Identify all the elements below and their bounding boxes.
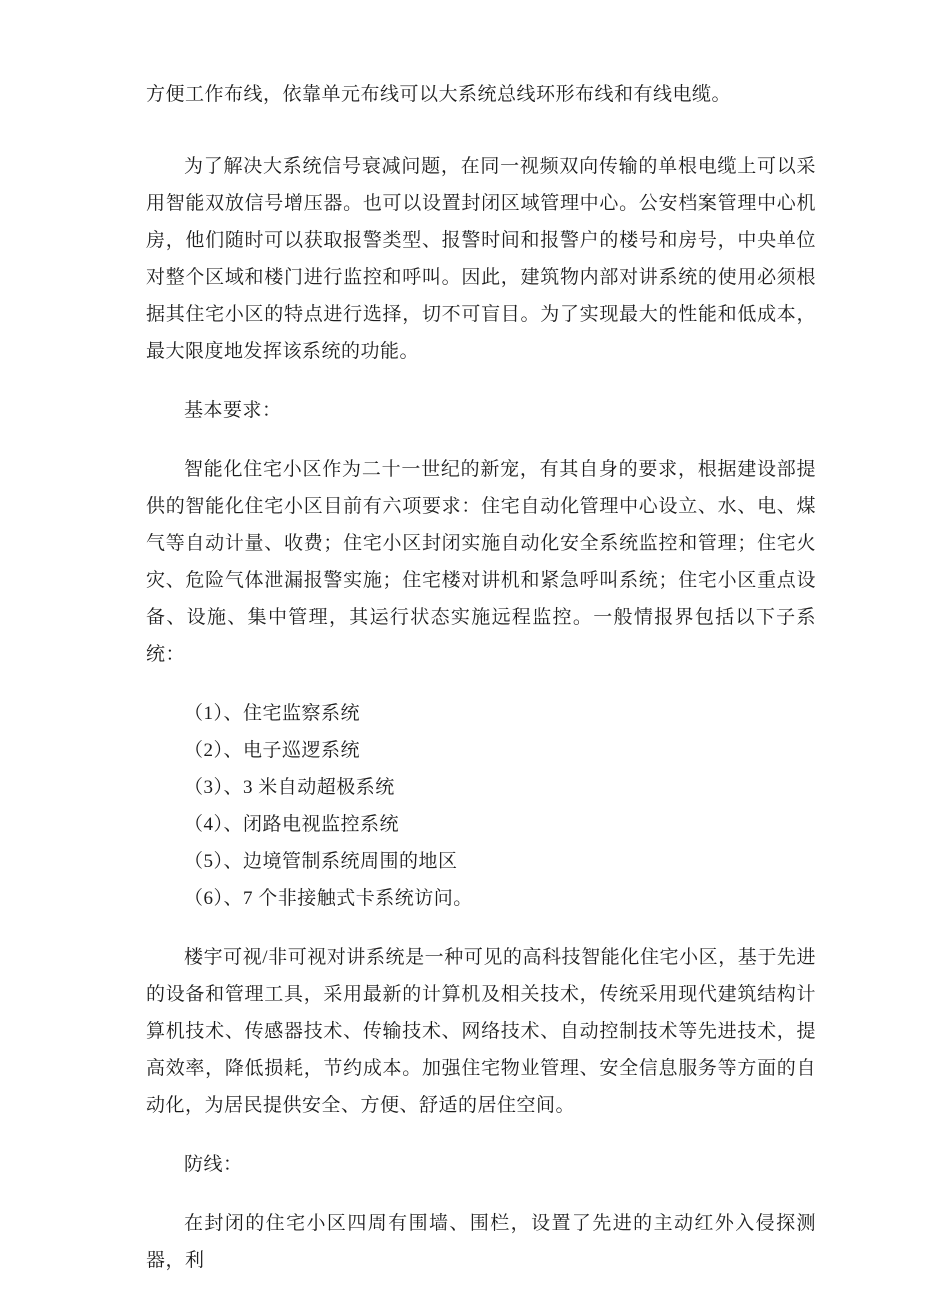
heading-defense-line: 防线： (146, 1146, 816, 1183)
list-item-6: （6）、7 个非接触式卡系统访问。 (146, 880, 816, 917)
document-body: 方便工作布线，依靠单元布线可以大系统总线环形布线和有线电缆。 为了解决大系统信号… (146, 76, 816, 1279)
list-item-1: （1）、住宅监察系统 (146, 695, 816, 732)
paragraph-signal-attenuation: 为了解决大系统信号衰减问题，在同一视频双向传输的单根电缆上可以采用智能双放信号增… (146, 148, 816, 370)
paragraph-continuation: 方便工作布线，依靠单元布线可以大系统总线环形布线和有线电缆。 (146, 76, 816, 113)
subsystem-list: （1）、住宅监察系统 （2）、电子巡逻系统 （3）、3 米自动超极系统 （4）、… (146, 695, 816, 917)
heading-basic-requirements: 基本要求： (146, 392, 816, 429)
list-item-3: （3）、3 米自动超极系统 (146, 769, 816, 806)
paragraph-perimeter: 在封闭的住宅小区四周有围墙、围栏，设置了先进的主动红外入侵探测器，利 (146, 1205, 816, 1279)
list-item-5: （5）、边境管制系统周围的地区 (146, 843, 816, 880)
document-page: 方便工作布线，依靠单元布线可以大系统总线环形布线和有线电缆。 为了解决大系统信号… (0, 0, 926, 1309)
paragraph-intercom-system: 楼宇可视/非可视对讲系统是一种可见的高科技智能化住宅小区，基于先进的设备和管理工… (146, 939, 816, 1124)
list-item-4: （4）、闭路电视监控系统 (146, 806, 816, 843)
list-item-2: （2）、电子巡逻系统 (146, 732, 816, 769)
paragraph-six-requirements: 智能化住宅小区作为二十一世纪的新宠，有其自身的要求，根据建设部提供的智能化住宅小… (146, 451, 816, 673)
